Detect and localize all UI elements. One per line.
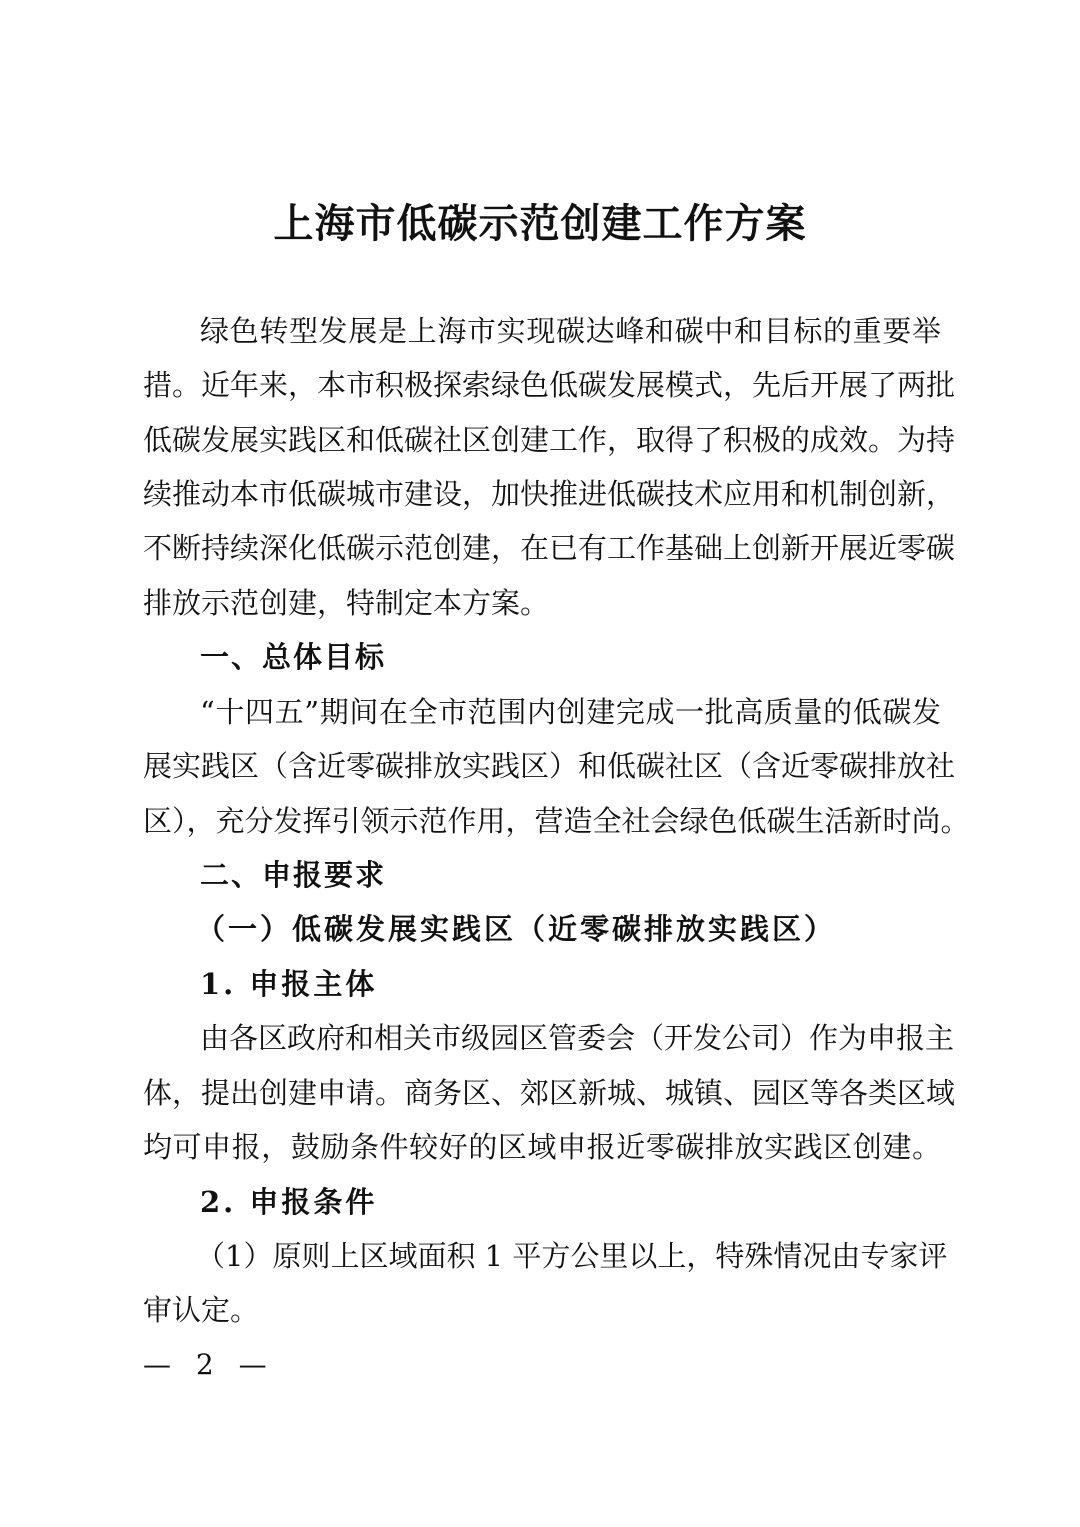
intro-line-3: 低碳发展实践区和低碳社区创建工作，取得了积极的成效。为持 <box>143 420 941 460</box>
intro-line-6: 排放示范创建，特制定本方案。 <box>143 583 941 623</box>
item2-line-1: （1）原则上区域面积 1 平方公里以上，特殊情况由专家评 <box>196 1236 941 1276</box>
page-number: — 2 — <box>143 1345 275 1385</box>
section1-line-1: “十四五”期间在全市范围内创建完成一批高质量的低碳发 <box>200 692 941 732</box>
intro-line-4: 续推动本市低碳城市建设，加快推进低碳技术应用和机制创新， <box>143 474 941 514</box>
item1-line-2: 体，提出创建申请。商务区、郊区新城、城镇、园区等各类区域 <box>143 1073 941 1113</box>
document-page: 上海市低碳示范创建工作方案 绿色转型发展是上海市实现碳达峰和碳中和目标的重要举 … <box>0 0 1080 1527</box>
item2-line-2: 审认定。 <box>143 1290 941 1330</box>
intro-line-2: 措。近年来，本市积极探索绿色低碳发展模式，先后开展了两批 <box>143 365 941 405</box>
section1-line-2: 展实践区（含近零碳排放实践区）和低碳社区（含近零碳排放社 <box>143 746 941 786</box>
section1-line-3: 区），充分发挥引领示范作用，营造全社会绿色低碳生活新时尚。 <box>143 801 941 841</box>
item1-heading: 1. 申报主体 <box>200 964 377 1004</box>
item2-heading: 2. 申报条件 <box>200 1182 377 1222</box>
item1-line-3: 均可申报，鼓励条件较好的区域申报近零碳排放实践区创建。 <box>143 1127 941 1167</box>
intro-line-1: 绿色转型发展是上海市实现碳达峰和碳中和目标的重要举 <box>200 311 941 351</box>
subsection1-heading: （一）低碳发展实践区（近零碳排放实践区） <box>196 909 836 949</box>
section1-heading: 一、总体目标 <box>200 637 386 677</box>
intro-line-5: 不断持续深化低碳示范创建，在已有工作基础上创新开展近零碳 <box>143 528 941 568</box>
section2-heading: 二、申报要求 <box>200 855 386 895</box>
document-title: 上海市低碳示范创建工作方案 <box>0 196 1080 252</box>
item1-line-1: 由各区政府和相关市级园区管委会（开发公司）作为申报主 <box>200 1018 941 1058</box>
